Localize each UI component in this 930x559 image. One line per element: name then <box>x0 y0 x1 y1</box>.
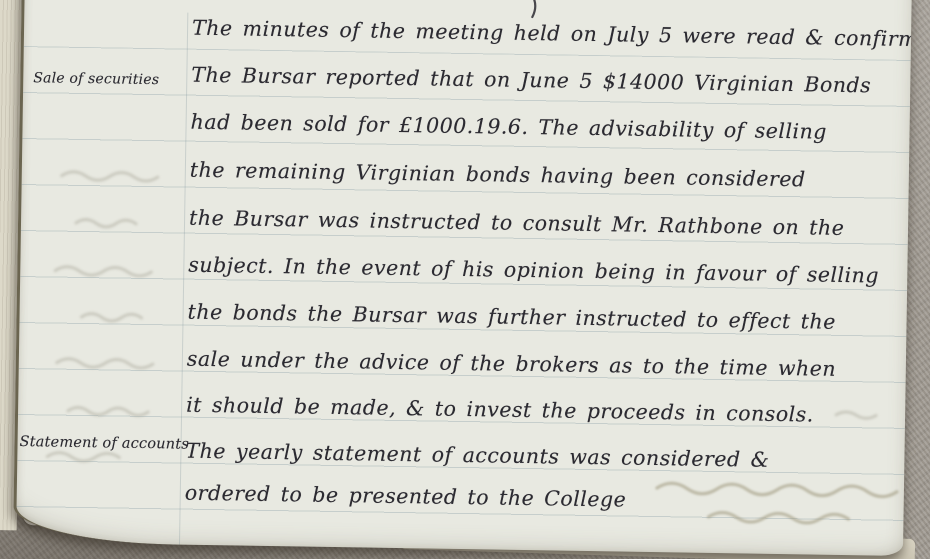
minute-book-photo: { "minute_book_page": { "description": "… <box>0 0 930 559</box>
handwritten-line: The yearly statement of accounts was con… <box>185 441 769 471</box>
handwritten-line: The Bursar reported that on June 5 $1400… <box>191 65 871 96</box>
minutes-text-block: The minutes of the meeting held on July … <box>16 0 912 556</box>
handwritten-line: the Bursar was instructed to consult Mr.… <box>189 208 845 239</box>
handwritten-line: ordered to be presented to the College <box>185 483 627 510</box>
notebook-page: Sale of securities Statement of accounts… <box>13 0 912 556</box>
handwritten-line: the remaining Virginian bonds having bee… <box>190 160 806 190</box>
handwritten-line: the bonds the Bursar was further instruc… <box>187 302 836 333</box>
handwritten-line: The minutes of the meeting held on July … <box>192 18 912 50</box>
handwritten-line: subject. In the event of his opinion bei… <box>188 255 879 286</box>
handwritten-line: had been sold for £1000.19.6. The advisa… <box>190 112 827 142</box>
handwritten-line: sale under the advice of the brokers as … <box>187 349 836 380</box>
handwritten-line: it should be made, & to invest the proce… <box>186 395 814 425</box>
